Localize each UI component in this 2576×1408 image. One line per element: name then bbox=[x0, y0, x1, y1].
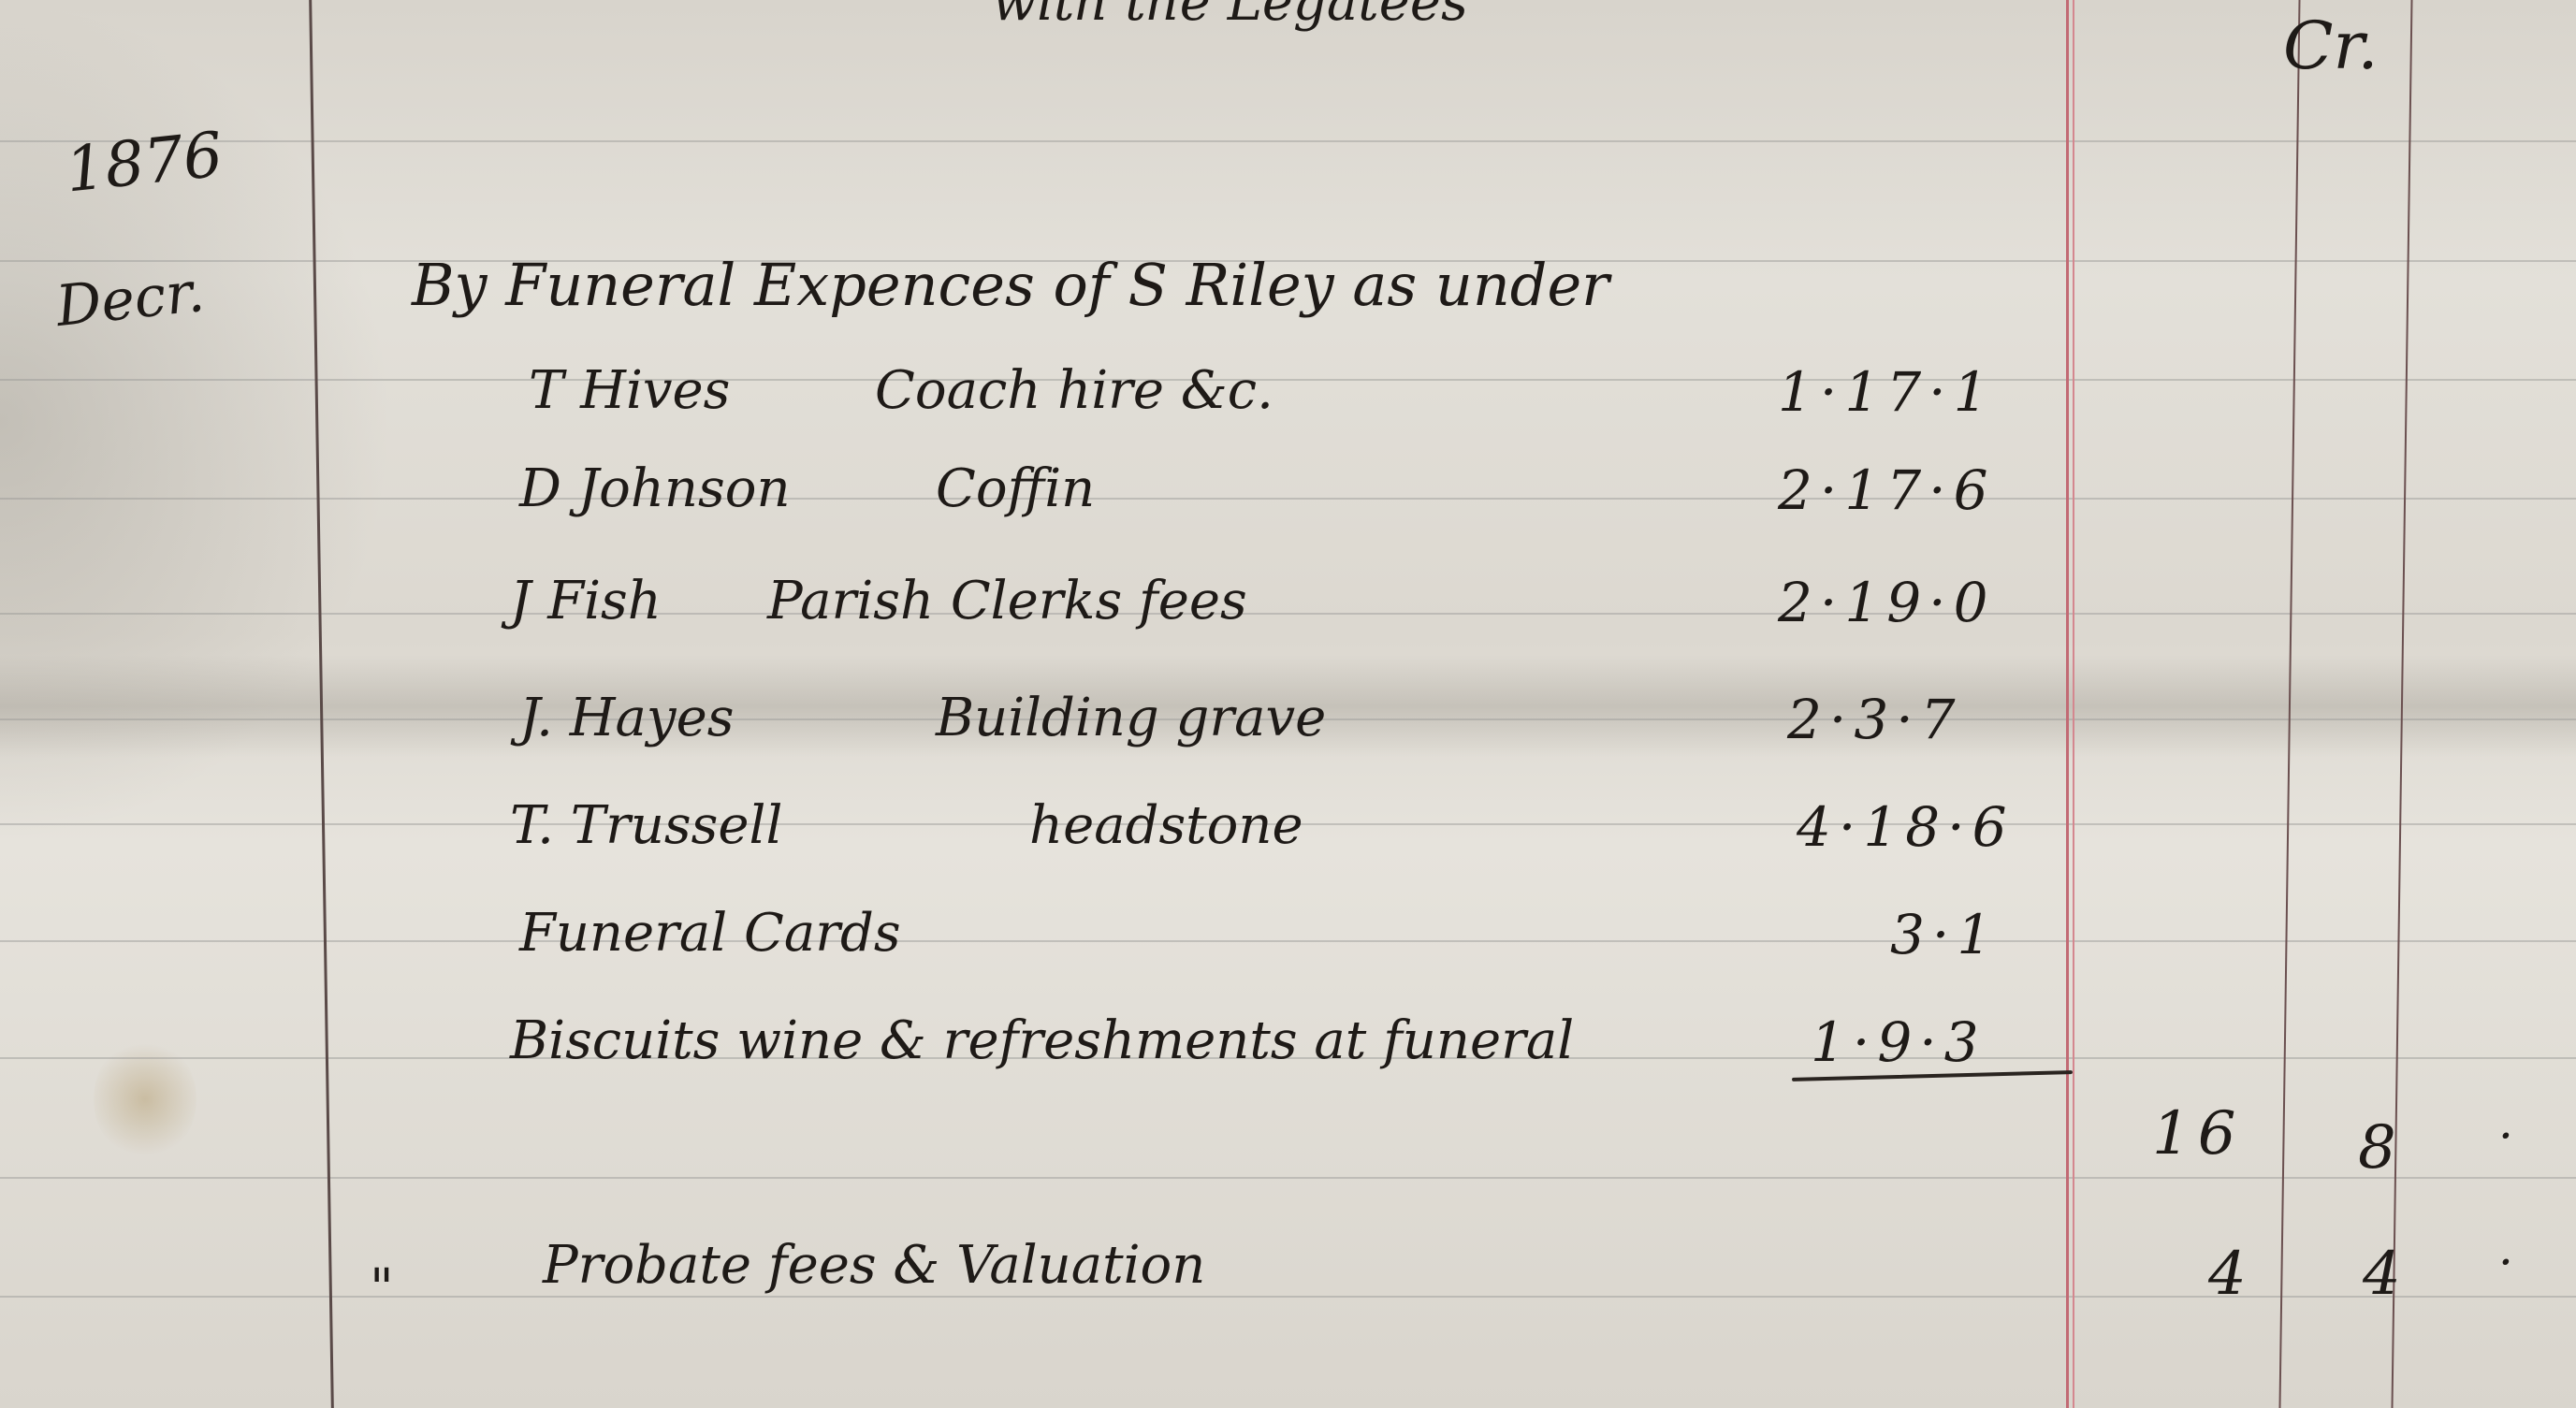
item-payee: J Fish bbox=[510, 571, 662, 631]
money-column-red-rule-inner bbox=[2073, 0, 2074, 1408]
ruled-line bbox=[0, 140, 2576, 142]
shillings-column-rule bbox=[2278, 0, 2300, 1408]
item-amount: 4·18·6 bbox=[1797, 795, 2014, 859]
ledger-page: with the Legatees Cr. 1876 Decr. By Fune… bbox=[0, 0, 2576, 1408]
ruled-line bbox=[0, 498, 2576, 500]
credit-column-header: Cr. bbox=[2283, 7, 2379, 84]
item-description: Parish Clerks fees bbox=[767, 571, 1247, 631]
ruled-line bbox=[0, 379, 2576, 381]
money-column-red-rule bbox=[2066, 0, 2069, 1408]
subtotal-pounds: 16 bbox=[2152, 1099, 2243, 1168]
item-amount: 1·9·3 bbox=[1811, 1010, 1987, 1074]
ruled-line bbox=[0, 1177, 2576, 1179]
probate-pence: · bbox=[2498, 1235, 2521, 1289]
item-amount: 2·3·7 bbox=[1787, 688, 1963, 751]
item-payee: D Johnson bbox=[519, 458, 791, 519]
item-description: Biscuits wine & refreshments at funeral bbox=[510, 1010, 1574, 1071]
item-payee: J. Hayes bbox=[519, 688, 734, 748]
item-description: headstone bbox=[1029, 795, 1303, 856]
item-description: Building grave bbox=[936, 688, 1326, 748]
subtotal-pence: · bbox=[2498, 1109, 2521, 1163]
probate-description: Probate fees & Valuation bbox=[543, 1235, 1205, 1296]
probate-pounds: 4 bbox=[2208, 1240, 2254, 1309]
probate-shillings: 4 bbox=[2363, 1240, 2409, 1309]
ditto-mark: " bbox=[370, 1258, 394, 1319]
item-payee: T. Trussell bbox=[510, 795, 782, 856]
item-amount: 2·19·0 bbox=[1778, 571, 1995, 634]
item-description: Funeral Cards bbox=[519, 903, 901, 964]
ruled-line bbox=[0, 940, 2576, 942]
ledger-heading: By Funeral Expences of S Riley as under bbox=[412, 251, 1609, 319]
item-amount: 2·17·6 bbox=[1778, 458, 1995, 522]
date-margin-rule bbox=[309, 0, 334, 1408]
pence-column-rule bbox=[2391, 0, 2412, 1408]
subtotal-shillings: 8 bbox=[2358, 1113, 2404, 1183]
item-payee: T Hives bbox=[529, 360, 730, 421]
ruled-line bbox=[0, 613, 2576, 615]
item-amount: 1·17·1 bbox=[1778, 360, 1995, 424]
entry-year: 1876 bbox=[62, 118, 226, 206]
header-partial-text: with the Legatees bbox=[992, 0, 1468, 33]
item-description: Coffin bbox=[936, 458, 1095, 519]
item-amount: 3·1 bbox=[1890, 903, 1999, 966]
item-description: Coach hire &c. bbox=[875, 360, 1273, 421]
entry-month: Decr. bbox=[53, 259, 208, 340]
